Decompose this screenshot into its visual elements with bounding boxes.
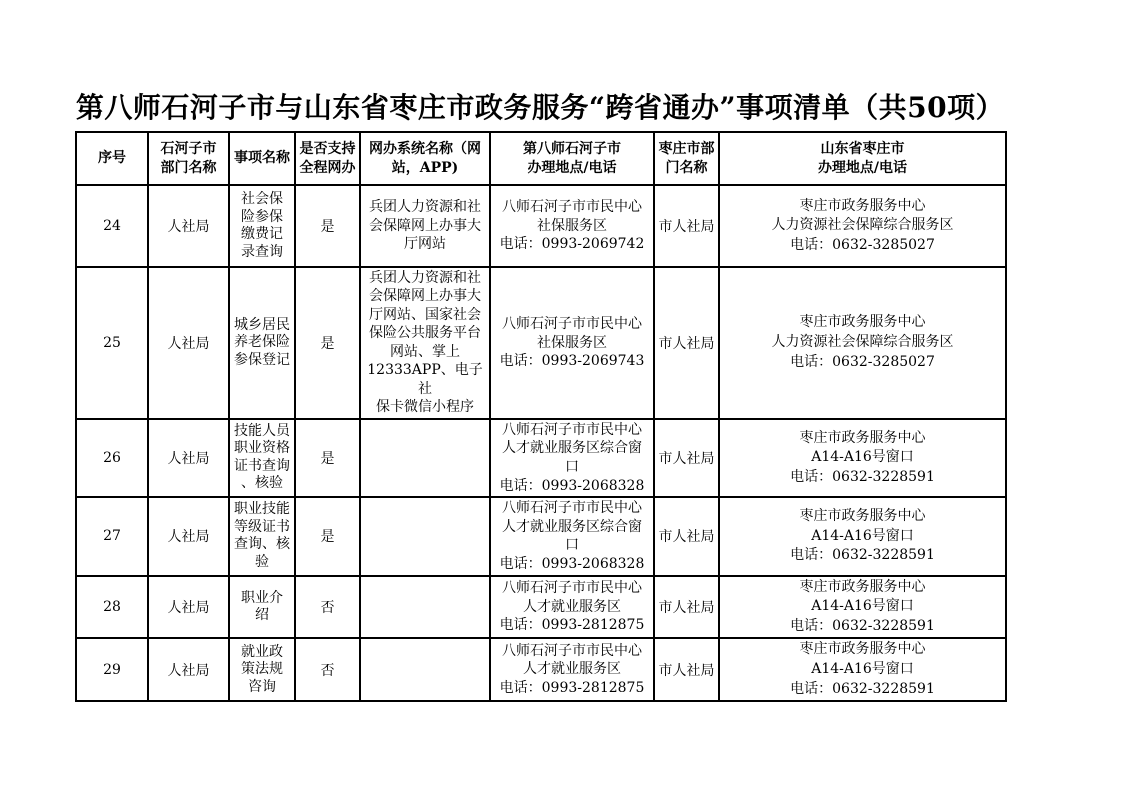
cell-zaozhuang-location: 枣庄市政务服务中心 人力资源社会保障综合服务区 电话：0632-3285027 bbox=[719, 267, 1006, 419]
cell-seq: 26 bbox=[76, 419, 148, 497]
cell-item-name: 职业技能 等级证书 查询、核 验 bbox=[229, 497, 295, 575]
cell-zaozhuang-dept: 市人社局 bbox=[654, 267, 719, 419]
cell-online-system bbox=[360, 419, 490, 497]
cell-shihezi-dept: 人社局 bbox=[148, 419, 229, 497]
header-shihezi-dept: 石河子市 部门名称 bbox=[148, 132, 229, 185]
cell-zaozhuang-dept: 市人社局 bbox=[654, 185, 719, 267]
cell-shihezi-dept: 人社局 bbox=[148, 497, 229, 575]
cell-shihezi-dept: 人社局 bbox=[148, 576, 229, 639]
cell-item-name: 城乡居民 养老保险 参保登记 bbox=[229, 267, 295, 419]
cell-seq: 24 bbox=[76, 185, 148, 267]
cell-shihezi-location: 八师石河子市市民中心 社保服务区 电话：0993-2069743 bbox=[490, 267, 654, 419]
cell-online-support: 是 bbox=[295, 185, 360, 267]
table-row: 25 人社局 城乡居民 养老保险 参保登记 是 兵团人力资源和社 会保障网上办事… bbox=[76, 267, 1006, 419]
cell-item-name: 就业政 策法规 咨询 bbox=[229, 638, 295, 701]
cell-online-system: 兵团人力资源和社 会保障网上办事大 厅网站、国家社会 保险公共服务平台 网站、掌… bbox=[360, 267, 490, 419]
cell-zaozhuang-dept: 市人社局 bbox=[654, 419, 719, 497]
header-online-system: 网办系统名称（网 站，APP) bbox=[360, 132, 490, 185]
header-seq: 序号 bbox=[76, 132, 148, 185]
cell-shihezi-dept: 人社局 bbox=[148, 185, 229, 267]
header-shihezi-location: 第八师石河子市 办理地点/电话 bbox=[490, 132, 654, 185]
table-row: 29 人社局 就业政 策法规 咨询 否 八师石河子市市民中心 人才就业服务区 电… bbox=[76, 638, 1006, 701]
cell-zaozhuang-location: 枣庄市政务服务中心 A14-A16号窗口 电话：0632-3228591 bbox=[719, 576, 1006, 639]
cell-seq: 25 bbox=[76, 267, 148, 419]
cell-seq: 28 bbox=[76, 576, 148, 639]
cell-item-name: 技能人员 职业资格 证书查询 、核验 bbox=[229, 419, 295, 497]
header-zaozhuang-location: 山东省枣庄市 办理地点/电话 bbox=[719, 132, 1006, 185]
cell-online-system: 兵团人力资源和社 会保障网上办事大 厅网站 bbox=[360, 185, 490, 267]
cell-seq: 29 bbox=[76, 638, 148, 701]
cell-zaozhuang-location: 枣庄市政务服务中心 人力资源社会保障综合服务区 电话：0632-3285027 bbox=[719, 185, 1006, 267]
table-row: 26 人社局 技能人员 职业资格 证书查询 、核验 是 八师石河子市市民中心 人… bbox=[76, 419, 1006, 497]
cell-online-system bbox=[360, 576, 490, 639]
table-row: 28 人社局 职业介 绍 否 八师石河子市市民中心 人才就业服务区 电话：099… bbox=[76, 576, 1006, 639]
cell-online-support: 否 bbox=[295, 638, 360, 701]
cell-zaozhuang-location: 枣庄市政务服务中心 A14-A16号窗口 电话：0632-3228591 bbox=[719, 497, 1006, 575]
cell-shihezi-location: 八师石河子市市民中心 社保服务区 电话：0993-2069742 bbox=[490, 185, 654, 267]
cell-online-support: 否 bbox=[295, 576, 360, 639]
cell-shihezi-location: 八师石河子市市民中心 人才就业服务区 电话：0993-2812875 bbox=[490, 576, 654, 639]
header-item-name: 事项名称 bbox=[229, 132, 295, 185]
cell-seq: 27 bbox=[76, 497, 148, 575]
document-page: 第八师石河子市与山东省枣庄市政务服务“跨省通办”事项清单（共50项） 序号 石河… bbox=[0, 0, 1122, 793]
cell-zaozhuang-dept: 市人社局 bbox=[654, 576, 719, 639]
header-zaozhuang-dept: 枣庄市部 门名称 bbox=[654, 132, 719, 185]
page-title: 第八师石河子市与山东省枣庄市政务服务“跨省通办”事项清单（共50项） bbox=[60, 86, 1020, 126]
cell-online-support: 是 bbox=[295, 267, 360, 419]
cell-shihezi-dept: 人社局 bbox=[148, 638, 229, 701]
cell-zaozhuang-location: 枣庄市政务服务中心 A14-A16号窗口 电话：0632-3228591 bbox=[719, 638, 1006, 701]
cell-online-system bbox=[360, 638, 490, 701]
table-row: 27 人社局 职业技能 等级证书 查询、核 验 是 八师石河子市市民中心 人才就… bbox=[76, 497, 1006, 575]
table-header-row: 序号 石河子市 部门名称 事项名称 是否支持 全程网办 网办系统名称（网 站，A… bbox=[76, 132, 1006, 185]
cell-zaozhuang-location: 枣庄市政务服务中心 A14-A16号窗口 电话：0632-3228591 bbox=[719, 419, 1006, 497]
cell-shihezi-location: 八师石河子市市民中心 人才就业服务区 电话：0993-2812875 bbox=[490, 638, 654, 701]
header-online-support: 是否支持 全程网办 bbox=[295, 132, 360, 185]
cell-online-system bbox=[360, 497, 490, 575]
cross-province-items-table: 序号 石河子市 部门名称 事项名称 是否支持 全程网办 网办系统名称（网 站，A… bbox=[75, 131, 1007, 702]
cell-shihezi-location: 八师石河子市市民中心 人才就业服务区综合窗 口 电话：0993-2068328 bbox=[490, 497, 654, 575]
table-row: 24 人社局 社会保 险参保 缴费记 录查询 是 兵团人力资源和社 会保障网上办… bbox=[76, 185, 1006, 267]
cell-online-support: 是 bbox=[295, 497, 360, 575]
cell-zaozhuang-dept: 市人社局 bbox=[654, 638, 719, 701]
cell-zaozhuang-dept: 市人社局 bbox=[654, 497, 719, 575]
cell-shihezi-dept: 人社局 bbox=[148, 267, 229, 419]
cell-item-name: 社会保 险参保 缴费记 录查询 bbox=[229, 185, 295, 267]
cell-online-support: 是 bbox=[295, 419, 360, 497]
cell-item-name: 职业介 绍 bbox=[229, 576, 295, 639]
cell-shihezi-location: 八师石河子市市民中心 人才就业服务区综合窗 口 电话：0993-2068328 bbox=[490, 419, 654, 497]
